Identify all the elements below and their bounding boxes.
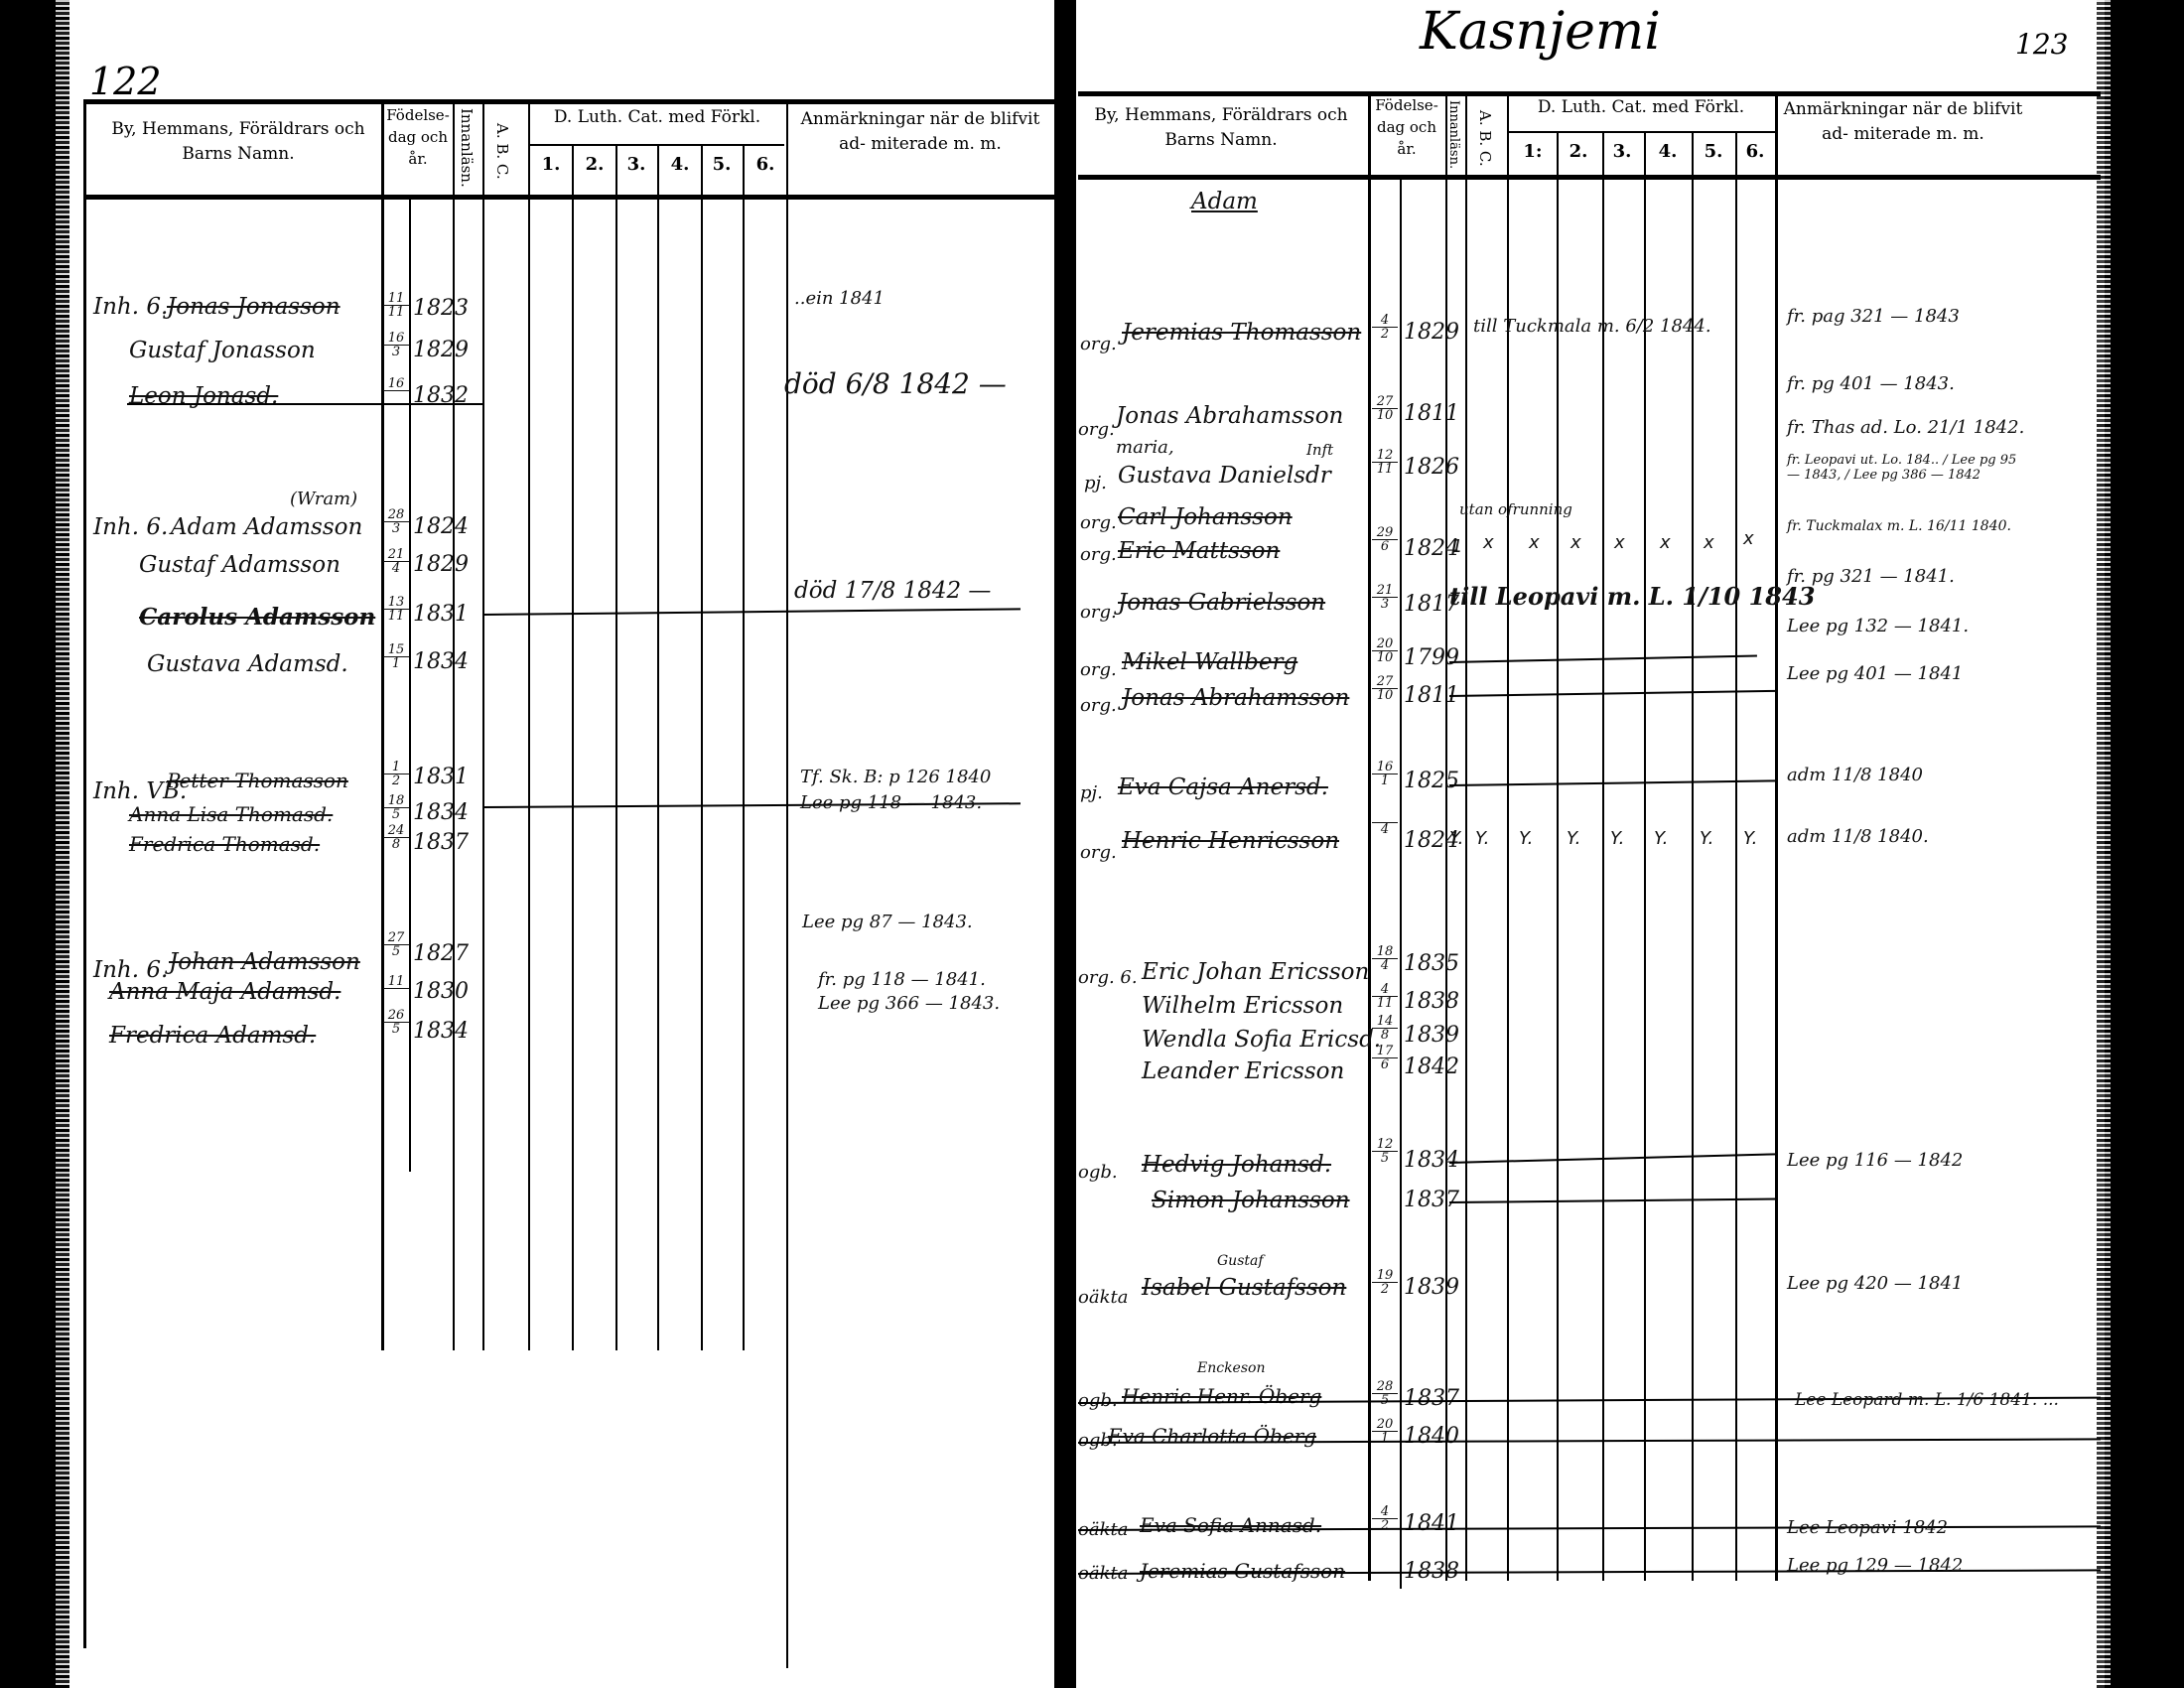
entry-prefix: ogb. xyxy=(1078,1162,1118,1183)
entry-name: Jeremias Gustafsson xyxy=(1140,1559,1345,1583)
right-cat-col-4: 4. xyxy=(1652,141,1684,162)
entry-name: Henric Henr. Öberg xyxy=(1122,1384,1321,1408)
entry-remark: Lee Leopard m. L. 1/6 1841. ... xyxy=(1795,1390,2083,1410)
right-cat-col-3: 3. xyxy=(1606,141,1638,162)
member-birth-daymonth: 214 xyxy=(383,548,409,575)
right-header-innanlasn: Innanläsn. xyxy=(1447,97,1460,173)
entry-birth-year: 1799 xyxy=(1404,645,1459,670)
right-header-catechism: D. Luth. Cat. med Förkl. xyxy=(1509,95,1773,120)
member-name: Adam Adamsson xyxy=(171,514,362,540)
catechism-mark: Y. xyxy=(1610,828,1624,849)
remark: Lee pg 118 — 1843. xyxy=(800,792,982,813)
left-header-innanlasn: Innanläsn. xyxy=(459,105,474,191)
entry-prefix: org. xyxy=(1080,842,1117,863)
member-birth-year: 1831 xyxy=(413,765,469,789)
member-birth-daymonth: 185 xyxy=(383,794,409,821)
entry-name: Jeremias Thomasson xyxy=(1122,320,1361,346)
entry-name: Henric Henricsson xyxy=(1122,828,1339,854)
entry-prefix: org. xyxy=(1080,659,1117,680)
entry-name: Eric Mattsson xyxy=(1118,538,1280,564)
member-birth-daymonth: 151 xyxy=(383,643,409,670)
entry-birth-year: 1837 xyxy=(1404,1188,1459,1212)
left-col-rule-cat4 xyxy=(657,144,659,1350)
remark: ..ein 1841 xyxy=(794,288,885,309)
left-cat-col-1: 1. xyxy=(536,154,566,175)
left-header-bottom-rule xyxy=(83,195,1056,200)
entry-remark: Lee pg 116 — 1842 xyxy=(1787,1150,1963,1171)
left-cat-col-5: 5. xyxy=(707,154,737,175)
remark: Lee pg 366 — 1843. xyxy=(818,993,1000,1014)
entry-birth-year: 1840 xyxy=(1404,1424,1459,1449)
household-prefix: Inh. 6. xyxy=(93,514,168,540)
entry-prefix: pj. xyxy=(1084,473,1107,493)
entry-birth-year: 1839 xyxy=(1404,1023,1459,1048)
entry-birth-daymonth: 2010 xyxy=(1372,637,1398,664)
member-birth-daymonth: 265 xyxy=(383,1009,409,1036)
entry-birth-year: 1835 xyxy=(1404,951,1459,976)
member-name: Gustava Adamsd. xyxy=(147,651,348,677)
remark: Lee pg 87 — 1843. xyxy=(802,912,973,932)
right-cat-col-5: 5. xyxy=(1698,141,1729,162)
member-name: Gustaf Adamsson xyxy=(139,552,341,578)
entry-remark: fr. Thas ad. Lo. 21/1 1842. xyxy=(1787,417,2024,438)
entry-name: Carl Johansson xyxy=(1118,504,1293,530)
member-birth-daymonth: 1111 xyxy=(383,292,409,319)
entry-remark: Lee pg 420 — 1841 xyxy=(1787,1273,1963,1294)
catechism-mark: x xyxy=(1483,532,1494,553)
right-col-rule-cat6 xyxy=(1735,131,1737,1581)
right-cat-col-1: 1: xyxy=(1517,141,1549,162)
entry-remark: Lee pg 129 — 1842 xyxy=(1787,1555,1963,1576)
left-col-rule-cat3 xyxy=(615,144,617,1350)
entry-name: Simon Johansson xyxy=(1152,1188,1350,1213)
entry-name: Jonas Gabrielsson xyxy=(1118,590,1325,616)
member-birth-daymonth: 163 xyxy=(383,332,409,358)
left-header-remarks: Anmärkningar när de blifvit ad- miterade… xyxy=(790,107,1050,156)
entry-name: Wendla Sofia Ericsd. xyxy=(1142,1027,1381,1053)
member-name: Leon Jonasd. xyxy=(129,383,278,409)
left-margin-rule xyxy=(83,99,86,1648)
left-col-rule-birth xyxy=(381,99,384,1350)
member-name: Jonas Jonasson xyxy=(167,294,341,320)
entry-birth-year: 1811 xyxy=(1404,401,1459,426)
entry-prefix: org. xyxy=(1080,602,1117,623)
right-col-rule-remarks xyxy=(1775,91,1778,1581)
entry-remark: fr. pg 401 — 1843. xyxy=(1787,373,1955,394)
member-name: Anna Lisa Thomasd. xyxy=(129,802,333,826)
right-header-abc: A. B. C. xyxy=(1477,103,1492,173)
entry-name: Jonas Abrahamsson xyxy=(1122,685,1349,711)
left-header-top-rule xyxy=(83,99,1056,104)
book-spine xyxy=(1054,0,1076,1688)
member-name: Carolus Adamsson xyxy=(139,604,375,631)
member-birth-year: 1824 xyxy=(413,514,469,539)
entry-birth-daymonth: 184 xyxy=(1372,945,1398,972)
remark: död 17/8 1842 — xyxy=(794,578,991,604)
entry-birth-daymonth: 1211 xyxy=(1372,449,1398,476)
member-birth-year: 1837 xyxy=(413,830,469,855)
member-birth-year: 1827 xyxy=(413,941,469,966)
entry-prefix: org. xyxy=(1080,334,1117,354)
entry-birth-daymonth: 161 xyxy=(1372,761,1398,787)
member-name: Anna Maja Adamsd. xyxy=(109,979,341,1005)
member-birth-daymonth: 1311 xyxy=(383,596,409,623)
entry-name: Eva Sofia Annasd. xyxy=(1140,1513,1321,1537)
entry-birth-daymonth: 296 xyxy=(1372,526,1398,553)
entry-name: Isabel Gustafsson xyxy=(1142,1275,1346,1301)
catechism-mark: x xyxy=(1660,532,1671,553)
entry-birth-daymonth: 2710 xyxy=(1372,395,1398,422)
left-catechism-subrule xyxy=(528,144,784,146)
member-name: Gustaf Jonasson xyxy=(129,338,316,363)
entry-birth-daymonth: 192 xyxy=(1372,1269,1398,1296)
catechism-mark: Y. xyxy=(1743,828,1757,849)
left-col-rule-cat6 xyxy=(743,144,745,1350)
entry-prefix: oäkta xyxy=(1078,1287,1128,1308)
right-col-rule-cat2 xyxy=(1557,131,1559,1581)
entry-annotation: Enckeson xyxy=(1197,1360,1265,1376)
entry-birth-year: 1838 xyxy=(1404,989,1459,1014)
catechism-mark: x xyxy=(1529,532,1540,553)
right-col-rule-birth-split xyxy=(1400,179,1402,1589)
entry-remark: Lee Leopavi 1842 xyxy=(1787,1517,1948,1538)
entry-remark: Lee pg 132 — 1841. xyxy=(1787,616,1969,636)
right-header-birth: Födelse- dag och år. xyxy=(1370,95,1443,160)
entry-birth-year: 1839 xyxy=(1404,1275,1459,1300)
catechism-mark: Y. xyxy=(1567,828,1580,849)
entry-annotation: Gustaf xyxy=(1217,1253,1264,1269)
entry-birth-daymonth: 42 xyxy=(1372,314,1398,341)
entry-birth-daymonth: 125 xyxy=(1372,1138,1398,1165)
member-birth-year: 1834 xyxy=(413,1019,469,1044)
member-name: Petter Thomasson xyxy=(167,769,348,792)
member-birth-year: 1829 xyxy=(413,552,469,577)
entry-birth-daymonth: 213 xyxy=(1372,584,1398,611)
entry-birth-year: 1841 xyxy=(1404,1511,1459,1536)
left-col-rule-cat5 xyxy=(701,144,703,1350)
member-birth-year: 1829 xyxy=(413,338,469,362)
right-scan-edge xyxy=(2097,0,2111,1688)
remark: Tf. Sk. B: p 126 1840 xyxy=(800,767,991,787)
household-closing-line xyxy=(127,403,484,405)
left-col-rule-cat2 xyxy=(572,144,574,1350)
catechism-note: till Leopavi m. L. 1/10 1843 xyxy=(1449,582,1815,611)
right-col-rule-abc xyxy=(1465,91,1467,1581)
member-birth-year: 1830 xyxy=(413,979,469,1004)
right-cat-col-2: 2. xyxy=(1563,141,1594,162)
entry-name: Gustava Danielsdr xyxy=(1118,463,1331,489)
catechism-mark: Y. xyxy=(1475,828,1489,849)
entry-name: maria, xyxy=(1116,437,1174,458)
member-birth-daymonth: 248 xyxy=(383,824,409,851)
entry-name: Wilhelm Ericsson xyxy=(1142,993,1343,1019)
household-prefix: Inh. 6. xyxy=(93,294,168,320)
entry-birth-daymonth: 411 xyxy=(1372,983,1398,1010)
left-col-rule-remarks xyxy=(786,99,788,1668)
entry-name: Eric Johan Ericsson xyxy=(1142,959,1369,985)
member-name: Fredrica Thomasd. xyxy=(129,832,320,856)
entry-birth-year: 1829 xyxy=(1404,320,1459,345)
entry-name: Mikel Wallberg xyxy=(1122,649,1297,675)
right-page-number: 123 xyxy=(2015,28,2068,61)
entry-name: Leander Ericsson xyxy=(1142,1058,1344,1084)
entry-birth-daymonth: 176 xyxy=(1372,1045,1398,1071)
remark: fr. pg 118 — 1841. xyxy=(818,969,986,990)
catechism-mark: 1 xyxy=(1451,536,1462,557)
member-birth-year: 1831 xyxy=(413,602,469,627)
right-header-bottom-rule xyxy=(1078,175,2101,180)
entry-prefix: pj. xyxy=(1080,782,1103,803)
left-header-birth: Födelse- dag och år. xyxy=(383,105,453,170)
left-col-rule-cat1 xyxy=(528,99,530,1350)
entry-remark: adm 11/8 1840. xyxy=(1787,826,1929,847)
entry-name: Hedvig Johansd. xyxy=(1142,1152,1331,1178)
member-birth-year: 1823 xyxy=(413,296,469,321)
catechism-mark: Y. xyxy=(1449,828,1463,849)
left-col-rule-innanlasn xyxy=(453,99,455,1350)
entry-birth-daymonth: 4 xyxy=(1372,822,1398,836)
left-header-catechism: D. Luth. Cat. med Förkl. xyxy=(530,105,784,130)
remark: död 6/8 1842 — xyxy=(784,367,1007,400)
entry-birth-year: 1842 xyxy=(1404,1055,1459,1079)
entry-name: Eva Cajsa Anersd. xyxy=(1118,774,1328,800)
entry-birth-daymonth: 285 xyxy=(1372,1380,1398,1407)
entry-remark: adm 11/8 1840 xyxy=(1787,765,1923,785)
entry-birth-year: 1826 xyxy=(1404,455,1459,480)
entry-prefix: org. xyxy=(1080,544,1117,565)
left-cat-col-2: 2. xyxy=(580,154,610,175)
section-label: Adam xyxy=(1191,189,1258,214)
right-col-rule-cat3 xyxy=(1602,131,1604,1581)
entry-prefix: org. xyxy=(1080,695,1117,716)
left-cat-col-3: 3. xyxy=(621,154,651,175)
entry-name: Eva Charlotta Öberg xyxy=(1108,1424,1316,1448)
entry-birth-daymonth: 148 xyxy=(1372,1015,1398,1042)
right-header-name: By, Hemmans, Föräldrars och Barns Namn. xyxy=(1082,103,1360,152)
entry-remark: fr. pag 321 — 1843 xyxy=(1787,306,1960,327)
member-birth-daymonth: 275 xyxy=(383,931,409,958)
member-birth-year: 1834 xyxy=(413,800,469,825)
entry-remark: Lee pg 401 — 1841 xyxy=(1787,663,1963,684)
catechism-mark: x xyxy=(1614,532,1625,553)
entry-remark: fr. Tuckmalax m. L. 16/11 1840. xyxy=(1787,518,2011,534)
catechism-mark: x xyxy=(1570,532,1581,553)
catechism-mark: x xyxy=(1743,528,1754,549)
member-birth-year: 1834 xyxy=(413,649,469,674)
left-cat-col-4: 4. xyxy=(665,154,695,175)
entry-birth-year: 1837 xyxy=(1404,1386,1459,1411)
member-name: Johan Adamsson xyxy=(169,949,360,975)
member-birth-daymonth: 12 xyxy=(383,761,409,787)
right-col-rule-cat4 xyxy=(1644,131,1646,1581)
member-birth-daymonth: 283 xyxy=(383,508,409,535)
right-cat-col-6: 6. xyxy=(1739,141,1771,162)
catechism-note: till Tuckmala m. 6/2 1844. xyxy=(1473,316,1711,337)
right-col-rule-cat5 xyxy=(1692,131,1694,1581)
village-title: Kasnjemi xyxy=(1420,2,1661,62)
left-col-rule-birth-split xyxy=(409,199,411,1172)
member-name: Fredrica Adamsd. xyxy=(109,1023,316,1049)
catechism-mark: x xyxy=(1704,532,1714,553)
catechism-mark: Y. xyxy=(1654,828,1668,849)
entry-prefix: org. xyxy=(1080,512,1117,533)
member-birth-daymonth: 16 xyxy=(383,377,409,391)
left-scan-edge xyxy=(56,0,69,1688)
left-cat-col-6: 6. xyxy=(751,154,780,175)
entry-birth-year: 1825 xyxy=(1404,769,1459,793)
entry-remark: fr. Leopavi ut. Lo. 184.. / Lee pg 95 — … xyxy=(1787,453,2025,483)
entry-birth-daymonth: 2710 xyxy=(1372,675,1398,702)
household-annotation: (Wram) xyxy=(290,489,357,509)
right-header-remarks: Anmärkningar när de blifvit ad- miterade… xyxy=(1779,97,2027,146)
right-col-rule-birth xyxy=(1368,91,1371,1581)
entry-birth-year: 1834 xyxy=(1404,1148,1459,1173)
left-header-name: By, Hemmans, Föräldrars och Barns Namn. xyxy=(109,117,367,166)
entry-prefix: org. 6. xyxy=(1078,967,1138,988)
entry-prefix: org. xyxy=(1078,419,1115,440)
entry-prefix: ogb. xyxy=(1078,1390,1118,1411)
member-birth-daymonth: 11 xyxy=(383,975,409,989)
catechism-mark: Y. xyxy=(1700,828,1713,849)
entry-name: Jonas Abrahamsson xyxy=(1116,403,1343,429)
left-page-number: 122 xyxy=(89,60,162,103)
right-col-rule-cat1 xyxy=(1507,91,1509,1581)
catechism-note: utan ofrunning xyxy=(1459,500,1572,518)
left-header-abc: A. B. C. xyxy=(494,111,509,191)
entry-annotation: Inft xyxy=(1306,441,1333,459)
catechism-mark: Y. xyxy=(1519,828,1533,849)
left-col-rule-abc xyxy=(482,99,484,1350)
